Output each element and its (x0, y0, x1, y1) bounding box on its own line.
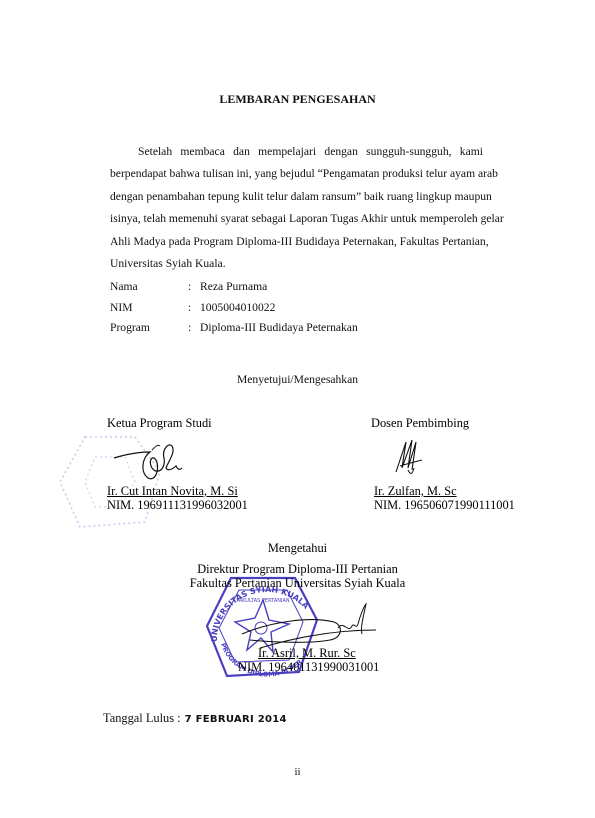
approval-paragraph: Setelah membaca dan mempelajari dengan s… (110, 141, 483, 275)
graduation-date-value: 7 FEBRUARI 2014 (185, 714, 287, 725)
info-row-program: Program : Diploma-III Budidaya Peternaka… (110, 321, 358, 342)
left-signatory-name: Ir. Cut Intan Novita, M. Si (107, 484, 238, 499)
info-separator: : (188, 280, 200, 301)
signature-icon (112, 438, 192, 488)
student-info: Nama : Reza Purnama NIM : 1005004010022 … (110, 280, 358, 342)
left-signatory-nim: NIM. 196911131996032001 (107, 498, 248, 513)
graduation-date: Tanggal Lulus : 7 FEBRUARI 2014 (103, 711, 287, 726)
signature-icon (390, 438, 430, 480)
paragraph-line: dengan penambahan tepung kulit telur dal… (110, 186, 483, 208)
right-signatory-role: Dosen Pembimbing (371, 416, 469, 431)
info-separator: : (188, 321, 200, 342)
approval-heading: Menyetujui/Mengesahkan (0, 373, 595, 386)
right-signatory-name: Ir. Zulfan, M. Sc (374, 484, 457, 499)
acknowledgement-heading: Mengetahui (0, 541, 595, 556)
info-separator: : (188, 301, 200, 322)
info-row-name: Nama : Reza Purnama (110, 280, 358, 301)
director-role-line2: Fakultas Pertanian Universitas Syiah Kua… (0, 576, 595, 591)
info-value: Diploma-III Budidaya Peternakan (200, 321, 358, 342)
paragraph-line: Universitas Syiah Kuala. (110, 253, 483, 275)
graduation-label: Tanggal Lulus : (103, 711, 181, 726)
info-label: Program (110, 321, 188, 342)
right-signatory-nim: NIM. 196506071990111001 (374, 498, 515, 513)
signature-icon (240, 600, 380, 650)
director-name: Ir. Asril, M. Rur. Sc (258, 646, 356, 661)
director-nim: NIM. 196401131990031001 (238, 660, 379, 675)
info-value: Reza Purnama (200, 280, 267, 301)
director-role-line1: Direktur Program Diploma-III Pertanian (0, 562, 595, 577)
info-label: Nama (110, 280, 188, 301)
paragraph-line: Setelah membaca dan mempelajari dengan s… (110, 141, 483, 163)
left-signatory-role: Ketua Program Studi (107, 416, 212, 431)
page-title: LEMBARAN PENGESAHAN (0, 92, 595, 107)
info-value: 1005004010022 (200, 301, 275, 322)
info-row-nim: NIM : 1005004010022 (110, 301, 358, 322)
paragraph-line: Ahli Madya pada Program Diploma-III Budi… (110, 231, 483, 253)
page-number: ii (0, 766, 595, 778)
paragraph-line: berpendapat bahwa tulisan ini, yang beju… (110, 163, 483, 185)
paragraph-line: isinya, telah memenuhi syarat sebagai La… (110, 208, 483, 230)
info-label: NIM (110, 301, 188, 322)
